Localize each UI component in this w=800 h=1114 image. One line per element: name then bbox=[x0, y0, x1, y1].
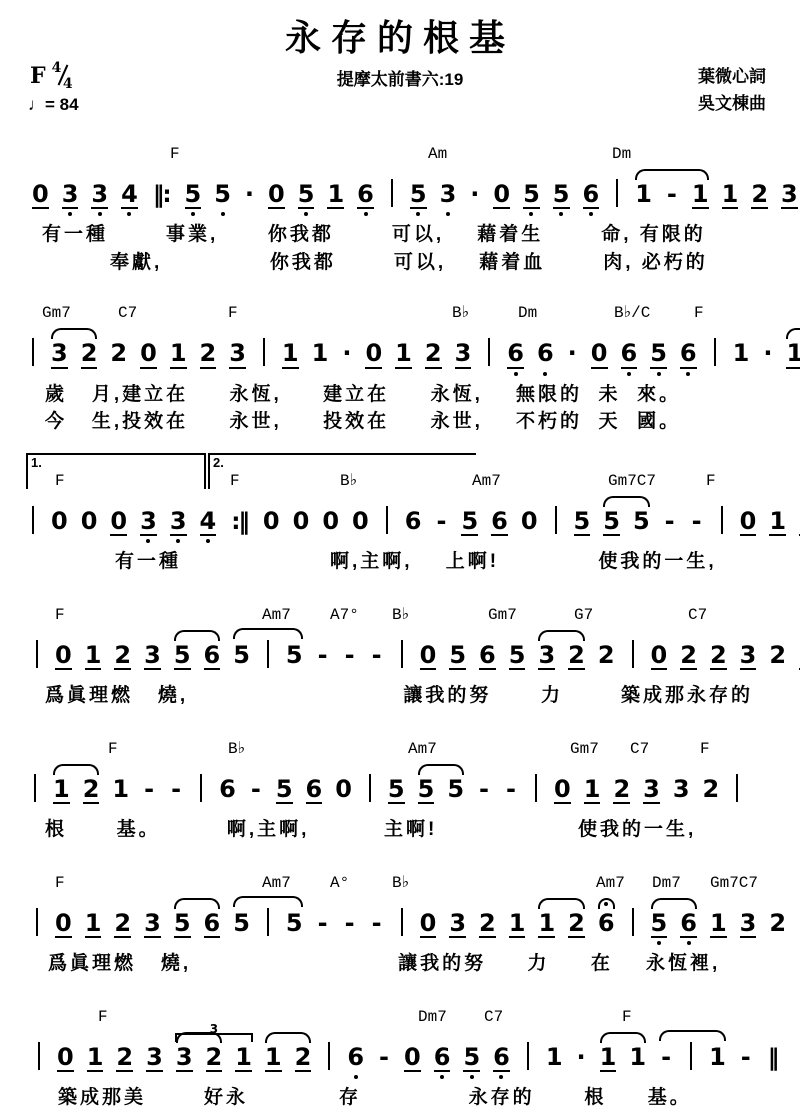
music-system: FAm7A7°B♭Gm7G7C701235655---0565322022326… bbox=[0, 600, 800, 710]
note: 6 bbox=[434, 1044, 451, 1072]
note: 0 bbox=[263, 508, 280, 534]
score: FAmDm0334‖:55·051653·05561-1123有一種 事業, 你… bbox=[0, 139, 800, 1112]
note: - bbox=[504, 776, 518, 802]
note: 5 bbox=[650, 340, 667, 368]
barline bbox=[36, 640, 38, 668]
chord-label: Dm7 bbox=[652, 874, 681, 892]
lyric-text: 歲 月,建立在 永恆, 建立在 永恆, 無限的 未 來。 bbox=[0, 381, 681, 409]
note: 3 bbox=[62, 181, 79, 209]
note: 2 bbox=[710, 642, 727, 670]
chord-label: A7° bbox=[330, 606, 359, 624]
note: 3 bbox=[144, 642, 161, 670]
note: 1 bbox=[87, 1044, 104, 1072]
barline bbox=[263, 338, 265, 366]
time-signature-numerator: 4 bbox=[52, 60, 62, 76]
barline bbox=[555, 506, 557, 534]
barline bbox=[714, 338, 716, 366]
note: 0 bbox=[268, 181, 285, 209]
chord-label: G7 bbox=[574, 606, 593, 624]
note: 6 bbox=[583, 181, 600, 209]
note: 2 bbox=[114, 910, 131, 938]
barline bbox=[721, 506, 723, 534]
note: 4 bbox=[121, 181, 138, 209]
barline bbox=[690, 1042, 692, 1070]
tie-arc: 1-1 bbox=[633, 181, 710, 209]
music-system: FDm7C7F0123321126-06561·11-1-‖築成那美 好永 存 … bbox=[0, 1002, 800, 1112]
note: 5 bbox=[603, 508, 620, 536]
note: - bbox=[477, 776, 491, 802]
note: 1 bbox=[53, 776, 70, 804]
notation-line: 000334:‖00006-560555--012332 bbox=[0, 490, 800, 548]
tie-arc: 56 bbox=[172, 642, 222, 670]
note: - bbox=[343, 910, 357, 936]
repeat-begin-sign: ‖: bbox=[153, 182, 170, 208]
note: 1 bbox=[692, 181, 709, 209]
note: 5 bbox=[410, 181, 427, 209]
notation-line: 121--6-560555--012332 bbox=[0, 758, 800, 816]
barline bbox=[38, 1042, 40, 1070]
music-system: FAmDm0334‖:55·051653·05561-1123有一種 事業, 你… bbox=[0, 139, 800, 276]
barline bbox=[328, 1042, 330, 1070]
note: 3 bbox=[146, 1044, 163, 1072]
chord-label: B♭ bbox=[228, 738, 245, 758]
note: 6 bbox=[491, 508, 508, 536]
note: 5 bbox=[418, 776, 435, 804]
chord-label: F bbox=[170, 145, 180, 163]
chord-label: C7 bbox=[118, 304, 137, 322]
tie-arc: 32 bbox=[49, 340, 99, 368]
note: 5 bbox=[174, 642, 191, 670]
note: 3 bbox=[229, 340, 246, 368]
note: 2 bbox=[598, 642, 615, 668]
note: 1 bbox=[600, 1044, 617, 1072]
note: - bbox=[316, 642, 330, 668]
note: 1 bbox=[509, 910, 526, 938]
note: 0 bbox=[51, 508, 68, 534]
chord-label: C7 bbox=[688, 606, 707, 624]
chord-label: B♭ bbox=[392, 604, 409, 624]
chord-label: Gm7C7 bbox=[710, 874, 758, 892]
note: 2 bbox=[613, 776, 630, 804]
chord-row: Gm7C7FB♭DmB♭/CF bbox=[0, 298, 800, 322]
barline bbox=[32, 506, 34, 534]
tie-arc: 12 bbox=[51, 776, 101, 804]
lyric-line: 爲眞理燃 燒, 讓我的努 力 築成那永存的 bbox=[0, 682, 800, 710]
volta-label: 1. bbox=[31, 455, 42, 470]
note: 1 bbox=[546, 1044, 563, 1070]
note: 0 bbox=[420, 642, 437, 670]
tie-arc: 12 bbox=[263, 1044, 313, 1072]
chord-label: Gm7C7 bbox=[608, 472, 656, 490]
tie-arc: 11 bbox=[784, 340, 800, 368]
note: 5 bbox=[574, 508, 591, 536]
note: 3 bbox=[144, 910, 161, 938]
note: 0 bbox=[81, 508, 98, 534]
chord-label: Dm7 bbox=[418, 1008, 447, 1026]
barline bbox=[736, 774, 738, 802]
note: 2 bbox=[769, 642, 786, 668]
lyric-line: 今 生,投效在 永世, 投效在 永世, 不朽的 天 國。 bbox=[0, 408, 800, 436]
lyric-text: 有一種 事業, 你我都 可以, 藉着生 命, 有限的 bbox=[0, 221, 706, 249]
note: 3 bbox=[740, 910, 757, 938]
time-signature: 44 bbox=[52, 63, 74, 89]
chord-row: FAmDm bbox=[0, 139, 800, 163]
chord-label: F bbox=[228, 304, 238, 322]
note: - bbox=[434, 508, 448, 534]
note: 0 bbox=[55, 642, 72, 670]
barline bbox=[401, 640, 403, 668]
note: 5 bbox=[286, 642, 303, 668]
note: 2 bbox=[680, 642, 697, 670]
tie-arc: 55 bbox=[601, 508, 651, 536]
note: - bbox=[343, 642, 357, 668]
lyric-text: 奉獻, 你我都 可以, 藉着血 肉, 必朽的 bbox=[0, 249, 708, 277]
note: 6 bbox=[357, 181, 374, 209]
note: 2 bbox=[81, 340, 98, 368]
note: 1 bbox=[312, 340, 329, 366]
note: 1 bbox=[629, 1044, 646, 1070]
chord-label: F bbox=[55, 606, 65, 624]
chord-label: F bbox=[230, 472, 240, 490]
note: 1 bbox=[769, 508, 786, 536]
credits: 葉微心詞 吳文棟曲 bbox=[698, 63, 766, 117]
note: 2 bbox=[116, 1044, 133, 1072]
note: 1 bbox=[235, 1044, 252, 1072]
note: - bbox=[665, 181, 679, 207]
lyric-text: 爲眞理燃 燒, 讓我的努 力 在 永恆裡, bbox=[0, 950, 720, 978]
barline bbox=[632, 908, 634, 936]
note: 1 bbox=[327, 181, 344, 209]
note: 1 bbox=[584, 776, 601, 804]
volta-label: 2. bbox=[213, 455, 224, 470]
note: 5 bbox=[233, 642, 250, 668]
composer-credit: 吳文棟曲 bbox=[698, 90, 766, 117]
tie-arc: 32 bbox=[174, 1044, 224, 1072]
note: 3 bbox=[449, 910, 466, 938]
note: 0 bbox=[420, 910, 437, 938]
note: 5 bbox=[388, 776, 405, 804]
notation-line: 0123321126-06561·11-1-‖ bbox=[0, 1026, 800, 1084]
lyricist-credit: 葉微心詞 bbox=[698, 63, 766, 90]
note: 6 bbox=[347, 1044, 364, 1070]
note: - bbox=[316, 910, 330, 936]
note: 5 bbox=[185, 181, 202, 209]
note: 0 bbox=[365, 340, 382, 368]
barline bbox=[34, 774, 36, 802]
barline bbox=[369, 774, 371, 802]
barline bbox=[401, 908, 403, 936]
tempo-marking: ♩= 84 bbox=[28, 95, 79, 115]
note: 5 bbox=[447, 776, 464, 802]
note: 1 bbox=[85, 910, 102, 938]
lyric-line: 築成那美 好永 存 永存的 根 基。 bbox=[0, 1084, 800, 1112]
augmentation-dot: · bbox=[342, 340, 351, 366]
note: 1 bbox=[538, 910, 555, 938]
barline bbox=[267, 908, 269, 936]
note: 3 bbox=[51, 340, 68, 368]
chord-row: FDm7C7F bbox=[0, 1002, 800, 1026]
note: 1 bbox=[786, 340, 800, 368]
notation-line: 0334‖:55·051653·05561-1123 bbox=[0, 163, 800, 221]
lyric-text: 今 生,投效在 永世, 投效在 永世, 不朽的 天 國。 bbox=[0, 408, 681, 436]
notation-line: 01235655---05653220223265 bbox=[0, 624, 800, 682]
note: 2 bbox=[769, 910, 786, 936]
note: 0 bbox=[651, 642, 668, 670]
note: 6 bbox=[405, 508, 422, 534]
chord-label: F bbox=[700, 740, 710, 758]
note: 1 bbox=[709, 1044, 726, 1070]
lyric-line: 歲 月,建立在 永恆, 建立在 永恆, 無限的 未 來。 bbox=[0, 381, 800, 409]
chord-label: F bbox=[622, 1008, 632, 1026]
chord-label: Gm7 bbox=[570, 740, 599, 758]
note: 6 bbox=[219, 776, 236, 802]
note: 0 bbox=[293, 508, 310, 534]
tie-arc: -1 bbox=[657, 1042, 728, 1070]
note: 0 bbox=[521, 508, 538, 534]
note: 2 bbox=[114, 642, 131, 670]
note: 5 bbox=[449, 642, 466, 670]
chord-label: F bbox=[706, 472, 716, 490]
note: 0 bbox=[591, 340, 608, 368]
tie-arc: 56 bbox=[172, 910, 222, 938]
note: 1 bbox=[395, 340, 412, 368]
tie-arc: 12 bbox=[536, 910, 586, 938]
augmentation-dot: · bbox=[568, 340, 577, 366]
note: 3 bbox=[91, 181, 108, 209]
note: 6 bbox=[507, 340, 524, 368]
note: 1 bbox=[170, 340, 187, 368]
volta-bracket: 1. bbox=[26, 453, 206, 489]
note: 1 bbox=[85, 642, 102, 670]
chord-row: FB♭Am7Gm7C7F bbox=[0, 734, 800, 758]
note: 0 bbox=[32, 181, 49, 209]
chord-label: A° bbox=[330, 874, 349, 892]
note: 2 bbox=[295, 1044, 312, 1072]
lyric-text: 築成那美 好永 存 永存的 根 基。 bbox=[0, 1084, 692, 1112]
lyric-line: 根 基。 啊,主啊, 主啊! 使我的一生, bbox=[0, 816, 800, 844]
notation-line: 322012311·012366·06561·11- bbox=[0, 322, 800, 380]
note: - bbox=[249, 776, 263, 802]
barline bbox=[488, 338, 490, 366]
note: 6 bbox=[204, 642, 221, 670]
note: - bbox=[377, 1044, 391, 1070]
note: 6 bbox=[621, 340, 638, 368]
note: 4 bbox=[200, 508, 217, 536]
note: 5 bbox=[286, 910, 303, 936]
chord-label: Gm7 bbox=[42, 304, 71, 322]
augmentation-dot: · bbox=[245, 181, 254, 207]
note: 1 bbox=[733, 340, 750, 366]
note: 2 bbox=[110, 340, 127, 366]
music-system: FAm7A°B♭Am7Dm7Gm7C701235655---0321126561… bbox=[0, 868, 800, 978]
note: 0 bbox=[55, 910, 72, 938]
note: 1 bbox=[635, 181, 652, 207]
barline bbox=[632, 640, 634, 668]
barline bbox=[535, 774, 537, 802]
note: 5 bbox=[233, 910, 250, 936]
chord-label: B♭ bbox=[452, 302, 469, 322]
note: 0 bbox=[554, 776, 571, 804]
note: 0 bbox=[140, 340, 157, 368]
note: 3 bbox=[170, 508, 187, 536]
music-system: Gm7C7FB♭DmB♭/CF322012311·012366·06561·11… bbox=[0, 298, 800, 435]
note: - bbox=[739, 1044, 753, 1070]
final-barline: ‖ bbox=[768, 1045, 778, 1071]
note: 0 bbox=[322, 508, 339, 534]
chord-label: F bbox=[108, 740, 118, 758]
note: - bbox=[370, 910, 384, 936]
note: 6 bbox=[537, 340, 554, 366]
note: 0 bbox=[352, 508, 369, 534]
tie-arc: 11 bbox=[598, 1044, 648, 1072]
chord-label: F bbox=[98, 1008, 108, 1026]
chord-label: Am7 bbox=[262, 874, 291, 892]
augmentation-dot: · bbox=[577, 1044, 586, 1070]
tie-arc: 55 bbox=[231, 908, 304, 936]
note: 0 bbox=[57, 1044, 74, 1072]
notation-line: 01235655---032112656132- bbox=[0, 892, 800, 950]
scripture-reference: 提摩太前書六:19 bbox=[0, 63, 800, 90]
note: 3 bbox=[781, 181, 798, 209]
chord-label: B♭ bbox=[340, 470, 357, 490]
barline bbox=[527, 1042, 529, 1070]
chord-label: F bbox=[55, 874, 65, 892]
chord-label: F bbox=[694, 304, 704, 322]
note: 2 bbox=[568, 642, 585, 670]
note: - bbox=[690, 508, 704, 534]
chord-label: B♭/C bbox=[614, 302, 650, 322]
note: 2 bbox=[200, 340, 217, 368]
note: 6 bbox=[680, 910, 697, 938]
note: 0 bbox=[740, 508, 757, 536]
note: - bbox=[663, 508, 677, 534]
note: 6 bbox=[493, 1044, 510, 1072]
note: 3 bbox=[440, 181, 457, 207]
note: 2 bbox=[206, 1044, 223, 1072]
note: 0 bbox=[110, 508, 127, 536]
note: 6 bbox=[204, 910, 221, 938]
note: 2 bbox=[751, 181, 768, 209]
note: 3 bbox=[140, 508, 157, 536]
barline bbox=[616, 179, 618, 207]
note: 0 bbox=[404, 1044, 421, 1072]
note: 6 bbox=[479, 642, 496, 670]
note: 5 bbox=[214, 181, 231, 207]
chord-label: Am7 bbox=[408, 740, 437, 758]
tie-arc: 6 bbox=[596, 910, 617, 936]
note: 0 bbox=[335, 776, 352, 802]
note: 3 bbox=[740, 642, 757, 670]
note: 5 bbox=[553, 181, 570, 209]
music-system: 1.2.FFB♭Am7Gm7C7F000334:‖00006-560555--0… bbox=[0, 466, 800, 576]
chord-row: FAm7A7°B♭Gm7G7C7 bbox=[0, 600, 800, 624]
lyric-text: 有一種 啊,主啊, 上啊! 使我的一生, bbox=[0, 548, 717, 576]
tie-arc: 55 bbox=[416, 776, 466, 804]
chord-label: Am7 bbox=[262, 606, 291, 624]
note: 5 bbox=[298, 181, 315, 209]
key-signature: F44 bbox=[30, 63, 74, 89]
repeat-end-sign: :‖ bbox=[231, 509, 248, 535]
song-title: 永存的根基 bbox=[0, 10, 800, 61]
tie-arc: 32 bbox=[536, 642, 586, 670]
chord-row: FAm7A°B♭Am7Dm7Gm7C7 bbox=[0, 868, 800, 892]
key-letter: F bbox=[30, 63, 46, 89]
chord-label: Dm bbox=[518, 304, 537, 322]
triplet-bracket: 321 bbox=[174, 1044, 254, 1072]
chord-label: C7 bbox=[484, 1008, 503, 1026]
chord-label: F bbox=[55, 472, 65, 490]
tie-arc: 56 bbox=[649, 910, 699, 938]
lyric-line: 有一種 事業, 你我都 可以, 藉着生 命, 有限的 bbox=[0, 221, 800, 249]
chord-row: 1.2.FFB♭Am7Gm7C7F bbox=[0, 466, 800, 490]
note: 3 bbox=[538, 642, 555, 670]
note: 5 bbox=[461, 508, 478, 536]
note: 5 bbox=[633, 508, 650, 534]
note: - bbox=[370, 642, 384, 668]
note: 3 bbox=[643, 776, 660, 804]
barline bbox=[36, 908, 38, 936]
note: 6 bbox=[680, 340, 697, 368]
note: 5 bbox=[174, 910, 191, 938]
note: - bbox=[659, 1044, 673, 1070]
note: 5 bbox=[523, 181, 540, 209]
chord-label: Gm7 bbox=[488, 606, 517, 624]
note: 2 bbox=[479, 910, 496, 938]
chord-label: Am bbox=[428, 145, 447, 163]
note: 2 bbox=[568, 910, 585, 938]
augmentation-dot: · bbox=[470, 181, 479, 207]
header: 永存的根基 F44 ♩= 84 提摩太前書六:19 葉微心詞 吳文棟曲 bbox=[0, 10, 800, 125]
note: 5 bbox=[509, 642, 526, 670]
note: 1 bbox=[112, 776, 129, 802]
chord-label: Am7 bbox=[596, 874, 625, 892]
time-signature-denominator: 4 bbox=[63, 76, 73, 92]
music-system: FB♭Am7Gm7C7F121--6-560555--012332根 基。 啊,… bbox=[0, 734, 800, 844]
lyric-text: 根 基。 啊,主啊, 主啊! 使我的一生, bbox=[0, 816, 696, 844]
note: 1 bbox=[265, 1044, 282, 1072]
header-meta: F44 ♩= 84 提摩太前書六:19 葉微心詞 吳文棟曲 bbox=[0, 63, 800, 125]
lyric-line: 有一種 啊,主啊, 上啊! 使我的一生, bbox=[0, 548, 800, 576]
note: 1 bbox=[722, 181, 739, 209]
note: 5 bbox=[276, 776, 293, 804]
barline bbox=[267, 640, 269, 668]
lyric-text: 爲眞理燃 燒, 讓我的努 力 築成那永存的 bbox=[0, 682, 753, 710]
note: 2 bbox=[425, 340, 442, 368]
chord-label: Dm bbox=[612, 145, 631, 163]
tie-arc: 55 bbox=[231, 640, 304, 668]
note: 0 bbox=[493, 181, 510, 209]
augmentation-dot: · bbox=[763, 340, 772, 366]
note: 3 bbox=[455, 340, 472, 368]
note: 5 bbox=[651, 910, 668, 938]
chord-label: Am7 bbox=[472, 472, 501, 490]
barline bbox=[386, 506, 388, 534]
note: 1 bbox=[282, 340, 299, 368]
note: 3 bbox=[176, 1044, 193, 1072]
chord-label: B♭ bbox=[392, 872, 409, 892]
lyric-line: 爲眞理燃 燒, 讓我的努 力 在 永恆裡, bbox=[0, 950, 800, 978]
lyric-line: 奉獻, 你我都 可以, 藉着血 肉, 必朽的 bbox=[0, 249, 800, 277]
note: 5 bbox=[463, 1044, 480, 1072]
note: 6 bbox=[598, 910, 615, 936]
note: 2 bbox=[703, 776, 720, 802]
note: 1 bbox=[710, 910, 727, 938]
barline bbox=[391, 179, 393, 207]
barline bbox=[200, 774, 202, 802]
note: - bbox=[169, 776, 183, 802]
barline bbox=[32, 338, 34, 366]
note: 6 bbox=[306, 776, 323, 804]
